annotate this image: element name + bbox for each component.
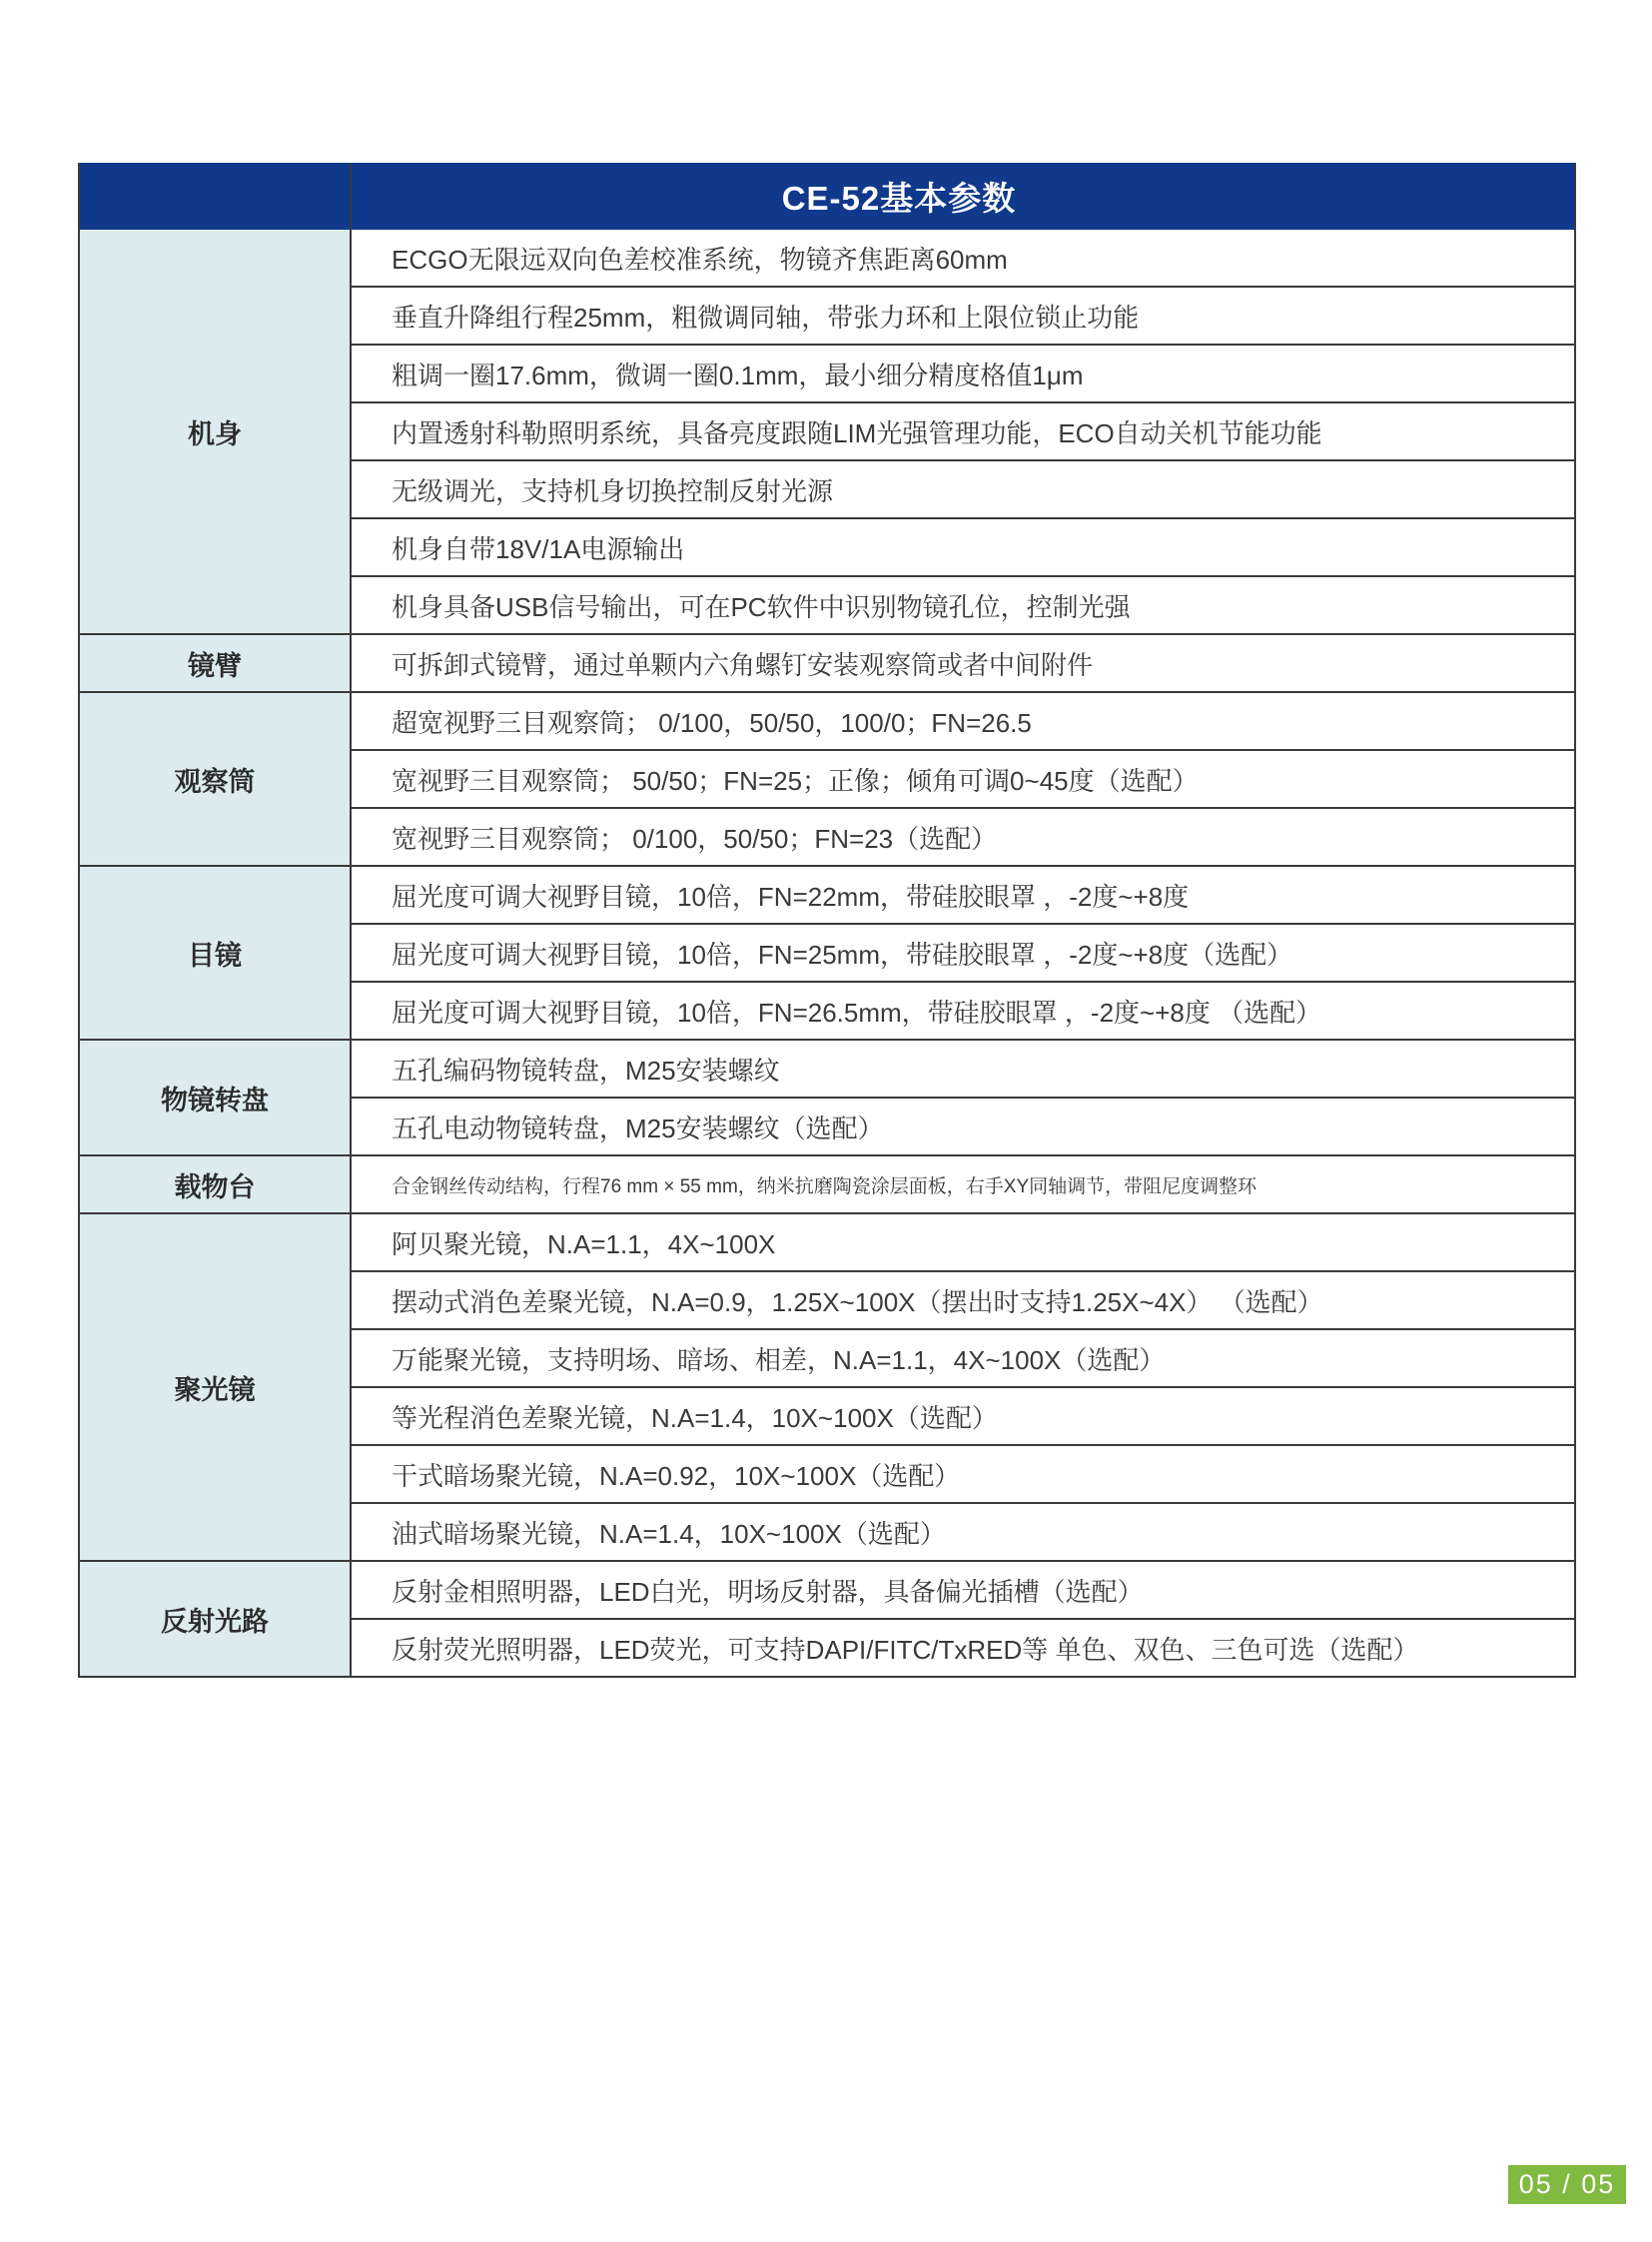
category-cell: 聚光镜 (80, 1214, 352, 1562)
table-title: CE-52基本参数 (352, 163, 1574, 230)
spec-cell: 等光程消色差聚光镜，N.A=1.4，10X~100X（选配） (352, 1388, 1574, 1446)
spec-table-body: 机身ECGO无限远双向色差校准系统，物镜齐焦距离60mm垂直升降组行程25mm，… (80, 230, 1574, 1678)
spec-cell: 反射荧光照明器，LED荧光，可支持DAPI/FITC/TxRED等 单色、双色、… (352, 1620, 1574, 1678)
spec-cell: 五孔电动物镜转盘，M25安装螺纹（选配） (352, 1099, 1574, 1156)
spec-cell: 阿贝聚光镜，N.A=1.1，4X~100X (352, 1214, 1574, 1272)
spec-cell: 无级调光，支持机身切换控制反射光源 (352, 461, 1574, 519)
spec-row: 物镜转盘五孔编码物镜转盘，M25安装螺纹 (80, 1041, 1574, 1099)
spec-cell: 屈光度可调大视野目镜，10倍，FN=22mm，带硅胶眼罩 ，-2度~+8度 (352, 867, 1574, 925)
spec-cell: 超宽视野三目观察筒； 0/100，50/50，100/0；FN=26.5 (352, 693, 1574, 751)
category-cell: 目镜 (80, 867, 352, 1041)
spec-cell: 五孔编码物镜转盘，M25安装螺纹 (352, 1041, 1574, 1099)
spec-cell: 屈光度可调大视野目镜，10倍，FN=25mm，带硅胶眼罩 ，-2度~+8度（选配… (352, 925, 1574, 983)
spec-cell: 屈光度可调大视野目镜，10倍，FN=26.5mm，带硅胶眼罩 ，-2度~+8度 … (352, 983, 1574, 1041)
spec-cell: 垂直升降组行程25mm，粗微调同轴，带张力环和上限位锁止功能 (352, 288, 1574, 346)
spec-cell: 宽视野三目观察筒； 50/50；FN=25；正像；倾角可调0~45度（选配） (352, 751, 1574, 809)
spec-cell: 合金钢丝传动结构，行程76 mm × 55 mm，纳米抗磨陶瓷涂层面板，右手XY… (352, 1156, 1574, 1214)
category-cell: 物镜转盘 (80, 1041, 352, 1156)
spec-row: 反射光路反射金相照明器，LED白光，明场反射器，具备偏光插槽（选配） (80, 1562, 1574, 1620)
spec-cell: 内置透射科勒照明系统，具备亮度跟随LIM光强管理功能，ECO自动关机节能功能 (352, 403, 1574, 461)
spec-cell: 摆动式消色差聚光镜，N.A=0.9，1.25X~100X（摆出时支持1.25X~… (352, 1272, 1574, 1330)
spec-cell: 宽视野三目观察筒； 0/100，50/50；FN=23（选配） (352, 809, 1574, 867)
spec-cell: 粗调一圈17.6mm，微调一圈0.1mm，最小细分精度格值1μm (352, 346, 1574, 403)
spec-row: 镜臂可拆卸式镜臂，通过单颗内六角螺钉安装观察筒或者中间附件 (80, 635, 1574, 693)
spec-row: 载物台合金钢丝传动结构，行程76 mm × 55 mm，纳米抗磨陶瓷涂层面板，右… (80, 1156, 1574, 1214)
spec-cell: 可拆卸式镜臂，通过单颗内六角螺钉安装观察筒或者中间附件 (352, 635, 1574, 693)
spec-sheet-page: CE-52基本参数 机身ECGO无限远双向色差校准系统，物镜齐焦距离60mm垂直… (0, 0, 1652, 2242)
spec-cell: 反射金相照明器，LED白光，明场反射器，具备偏光插槽（选配） (352, 1562, 1574, 1620)
spec-cell: ECGO无限远双向色差校准系统，物镜齐焦距离60mm (352, 230, 1574, 288)
spec-row: 聚光镜阿贝聚光镜，N.A=1.1，4X~100X (80, 1214, 1574, 1272)
spec-row: 观察筒超宽视野三目观察筒； 0/100，50/50，100/0；FN=26.5 (80, 693, 1574, 751)
category-cell: 镜臂 (80, 635, 352, 693)
category-cell: 观察筒 (80, 693, 352, 867)
spec-cell: 机身具备USB信号输出，可在PC软件中识别物镜孔位，控制光强 (352, 577, 1574, 635)
category-cell: 载物台 (80, 1156, 352, 1214)
spec-row: 目镜屈光度可调大视野目镜，10倍，FN=22mm，带硅胶眼罩 ，-2度~+8度 (80, 867, 1574, 925)
spec-row: 机身ECGO无限远双向色差校准系统，物镜齐焦距离60mm (80, 230, 1574, 288)
spec-cell: 机身自带18V/1A电源输出 (352, 519, 1574, 577)
spec-cell: 万能聚光镜，支持明场、暗场、相差，N.A=1.1，4X~100X（选配） (352, 1330, 1574, 1388)
page-number-badge: 05 / 05 (1508, 2165, 1626, 2204)
spec-cell: 油式暗场聚光镜，N.A=1.4，10X~100X（选配） (352, 1504, 1574, 1562)
category-cell: 反射光路 (80, 1562, 352, 1678)
spec-table: CE-52基本参数 机身ECGO无限远双向色差校准系统，物镜齐焦距离60mm垂直… (78, 163, 1576, 1678)
spec-cell: 干式暗场聚光镜，N.A=0.92，10X~100X（选配） (352, 1446, 1574, 1504)
table-header-row: CE-52基本参数 (80, 163, 1574, 230)
header-empty-cell (80, 163, 352, 230)
category-cell: 机身 (80, 230, 352, 635)
